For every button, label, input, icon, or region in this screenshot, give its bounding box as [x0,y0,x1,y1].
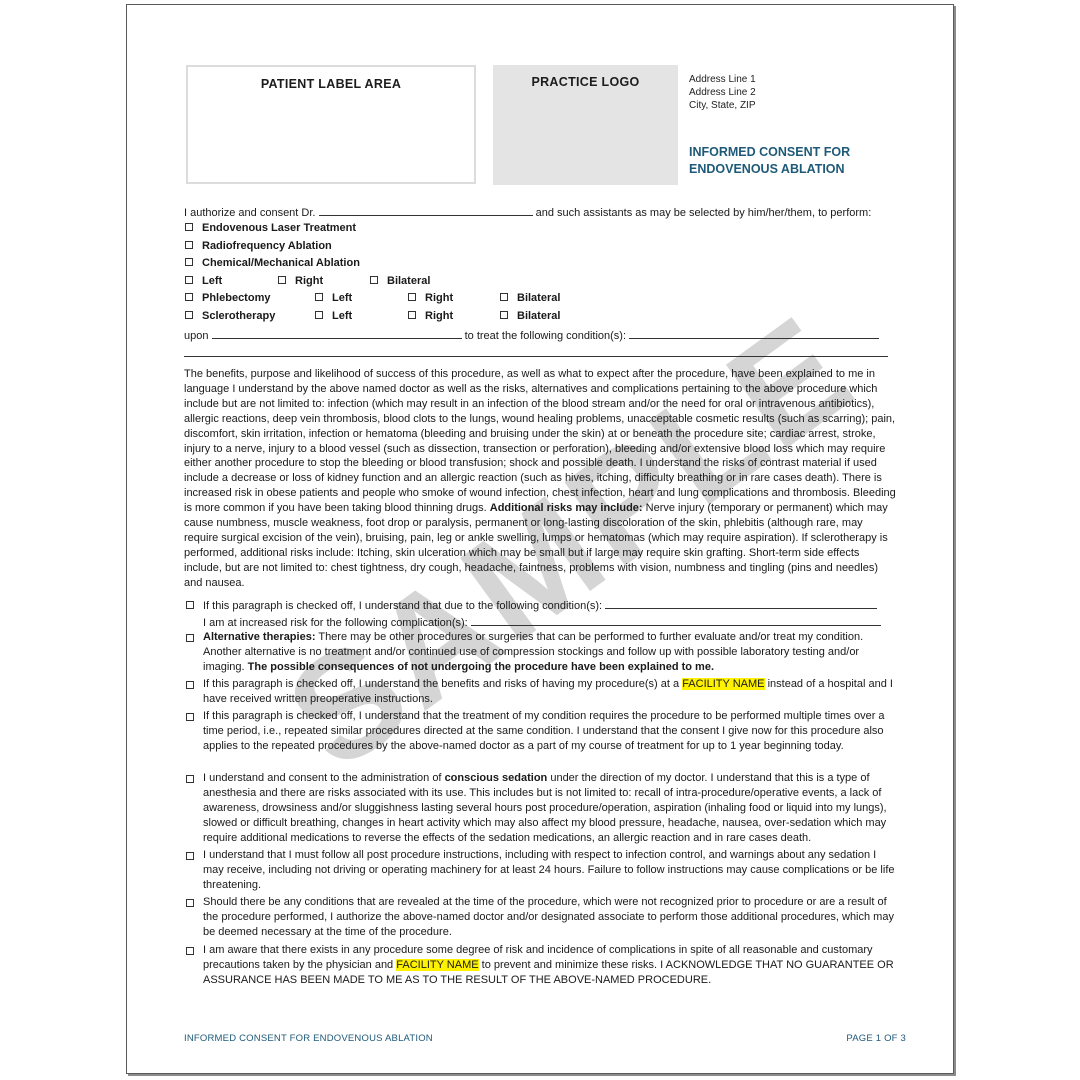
practice-address: Address Line 1 Address Line 2 City, Stat… [689,73,756,112]
option-label: Radiofrequency Ablation [202,240,332,252]
option-label: Right [425,310,453,322]
option-label: Bilateral [517,292,560,304]
checkbox[interactable] [185,258,193,266]
option-side-bilateral[interactable]: Bilateral [370,274,430,289]
upon-line: upon to treat the following condition(s)… [184,327,879,344]
checkbox[interactable] [185,223,193,231]
checkbox[interactable] [186,634,194,642]
checkbox[interactable] [500,311,508,319]
option-sclerotherapy-right[interactable]: Right [408,309,453,324]
option-radiofrequency-ablation[interactable]: Radiofrequency Ablation [185,239,332,254]
option-label: Phlebectomy [202,292,270,304]
risks-text-continued: Nerve injury (temporary or permanent) wh… [184,502,888,589]
patient-label-heading: PATIENT LABEL AREA [188,77,474,91]
option-side-right[interactable]: Right [278,274,323,289]
item-facility: If this paragraph is checked off, I unde… [184,677,896,707]
option-label: Sclerotherapy [202,310,275,322]
address-line-2: Address Line 2 [689,86,756,99]
item-text: If this paragraph is checked off, I unde… [203,597,896,631]
item-text: If this paragraph is checked off, I unde… [203,677,896,707]
additional-risks-heading: Additional risks may include: [490,502,643,514]
authorization-line: I authorize and consent Dr. and such ass… [184,204,871,221]
checkbox[interactable] [186,713,194,721]
checkbox[interactable] [408,311,416,319]
address-line-1: Address Line 1 [689,73,756,86]
item-text: I understand and consent to the administ… [203,771,896,846]
checkbox[interactable] [185,241,193,249]
option-label: Endovenous Laser Treatment [202,222,356,234]
increased-risk-condition-label: If this paragraph is checked off, I unde… [203,600,602,612]
item-conscious-sedation: I understand and consent to the administ… [184,771,896,846]
option-sclerotherapy-left[interactable]: Left [315,309,352,324]
practice-logo-heading: PRACTICE LOGO [493,75,678,89]
condition-label: to treat the following condition(s): [465,330,626,342]
increased-risk-complication-label: I am at increased risk for the following… [203,617,468,629]
item-text: I am aware that there exists in any proc… [203,943,896,988]
condition-continuation-line[interactable] [184,356,888,357]
checkbox[interactable] [315,293,323,301]
item-alternative-therapies: Alternative therapies: There may be othe… [184,630,896,675]
item-additional-procedures: Should there be any conditions that are … [184,895,896,940]
option-endovenous-laser[interactable]: Endovenous Laser Treatment [185,221,356,236]
checkbox[interactable] [186,775,194,783]
option-label: Chemical/Mechanical Ablation [202,257,360,269]
option-chemical-mechanical-ablation[interactable]: Chemical/Mechanical Ablation [185,256,360,271]
practice-logo-placeholder: PRACTICE LOGO [493,65,678,185]
option-label: Left [332,292,352,304]
checkbox[interactable] [186,601,194,609]
option-phlebectomy-left[interactable]: Left [315,291,352,306]
document-title: INFORMED CONSENT FOR ENDOVENOUS ABLATION [689,144,850,178]
document-title-line-2: ENDOVENOUS ABLATION [689,161,850,178]
option-phlebectomy-bilateral[interactable]: Bilateral [500,291,560,306]
option-label: Right [295,275,323,287]
item-text: If this paragraph is checked off, I unde… [203,709,896,754]
document-title-line-1: INFORMED CONSENT FOR [689,144,850,161]
risk-complication-field[interactable] [471,614,881,626]
option-label: Bilateral [517,310,560,322]
doctor-name-field[interactable] [319,204,533,216]
item-text: I understand that I must follow all post… [203,848,896,893]
option-sclerotherapy-bilateral[interactable]: Bilateral [500,309,560,324]
item-text: Should there be any conditions that are … [203,895,896,940]
checkbox[interactable] [500,293,508,301]
risks-paragraph: The benefits, purpose and likelihood of … [184,367,896,591]
upon-label: upon [184,330,208,342]
risk-condition-field[interactable] [605,597,877,609]
checkbox[interactable] [315,311,323,319]
checkbox[interactable] [186,899,194,907]
facility-name-highlight: FACILITY NAME [682,678,764,690]
authorization-prefix: I authorize and consent Dr. [184,207,315,219]
option-phlebectomy[interactable]: Phlebectomy [185,291,270,306]
risks-text: The benefits, purpose and likelihood of … [184,368,896,514]
option-side-left[interactable]: Left [185,274,222,289]
facility-name-highlight: FACILITY NAME [396,959,478,971]
item-post-procedure-instructions: I understand that I must follow all post… [184,848,896,893]
checkbox[interactable] [186,852,194,860]
footer-page-number: PAGE 1 OF 3 [846,1033,906,1044]
checkbox[interactable] [186,947,194,955]
checkbox[interactable] [185,311,193,319]
item-repeated-procedures: If this paragraph is checked off, I unde… [184,709,896,754]
item-no-guarantee: I am aware that there exists in any proc… [184,943,896,988]
item-text: Alternative therapies: There may be othe… [203,630,896,675]
option-phlebectomy-right[interactable]: Right [408,291,453,306]
checkbox[interactable] [185,293,193,301]
footer-document-title: INFORMED CONSENT FOR ENDOVENOUS ABLATION [184,1033,433,1044]
option-label: Left [202,275,222,287]
upon-field[interactable] [212,327,462,339]
checkbox[interactable] [408,293,416,301]
patient-label-area: PATIENT LABEL AREA [186,65,476,184]
sedation-text: I understand and consent to the administ… [203,772,442,784]
sedation-bold: conscious sedation [445,772,548,784]
condition-field[interactable] [629,327,879,339]
facility-text: If this paragraph is checked off, I unde… [203,678,679,690]
option-sclerotherapy[interactable]: Sclerotherapy [185,309,275,324]
item-increased-risk: If this paragraph is checked off, I unde… [184,597,896,631]
address-city-state-zip: City, State, ZIP [689,99,756,112]
option-label: Right [425,292,453,304]
alternatives-consequences: The possible consequences of not undergo… [248,661,714,673]
option-label: Bilateral [387,275,430,287]
checkbox[interactable] [185,276,193,284]
checkbox[interactable] [186,681,194,689]
option-label: Left [332,310,352,322]
checkbox[interactable] [278,276,286,284]
alternatives-heading: Alternative therapies: [203,631,315,643]
authorization-suffix: and such assistants as may be selected b… [536,207,872,219]
checkbox[interactable] [370,276,378,284]
